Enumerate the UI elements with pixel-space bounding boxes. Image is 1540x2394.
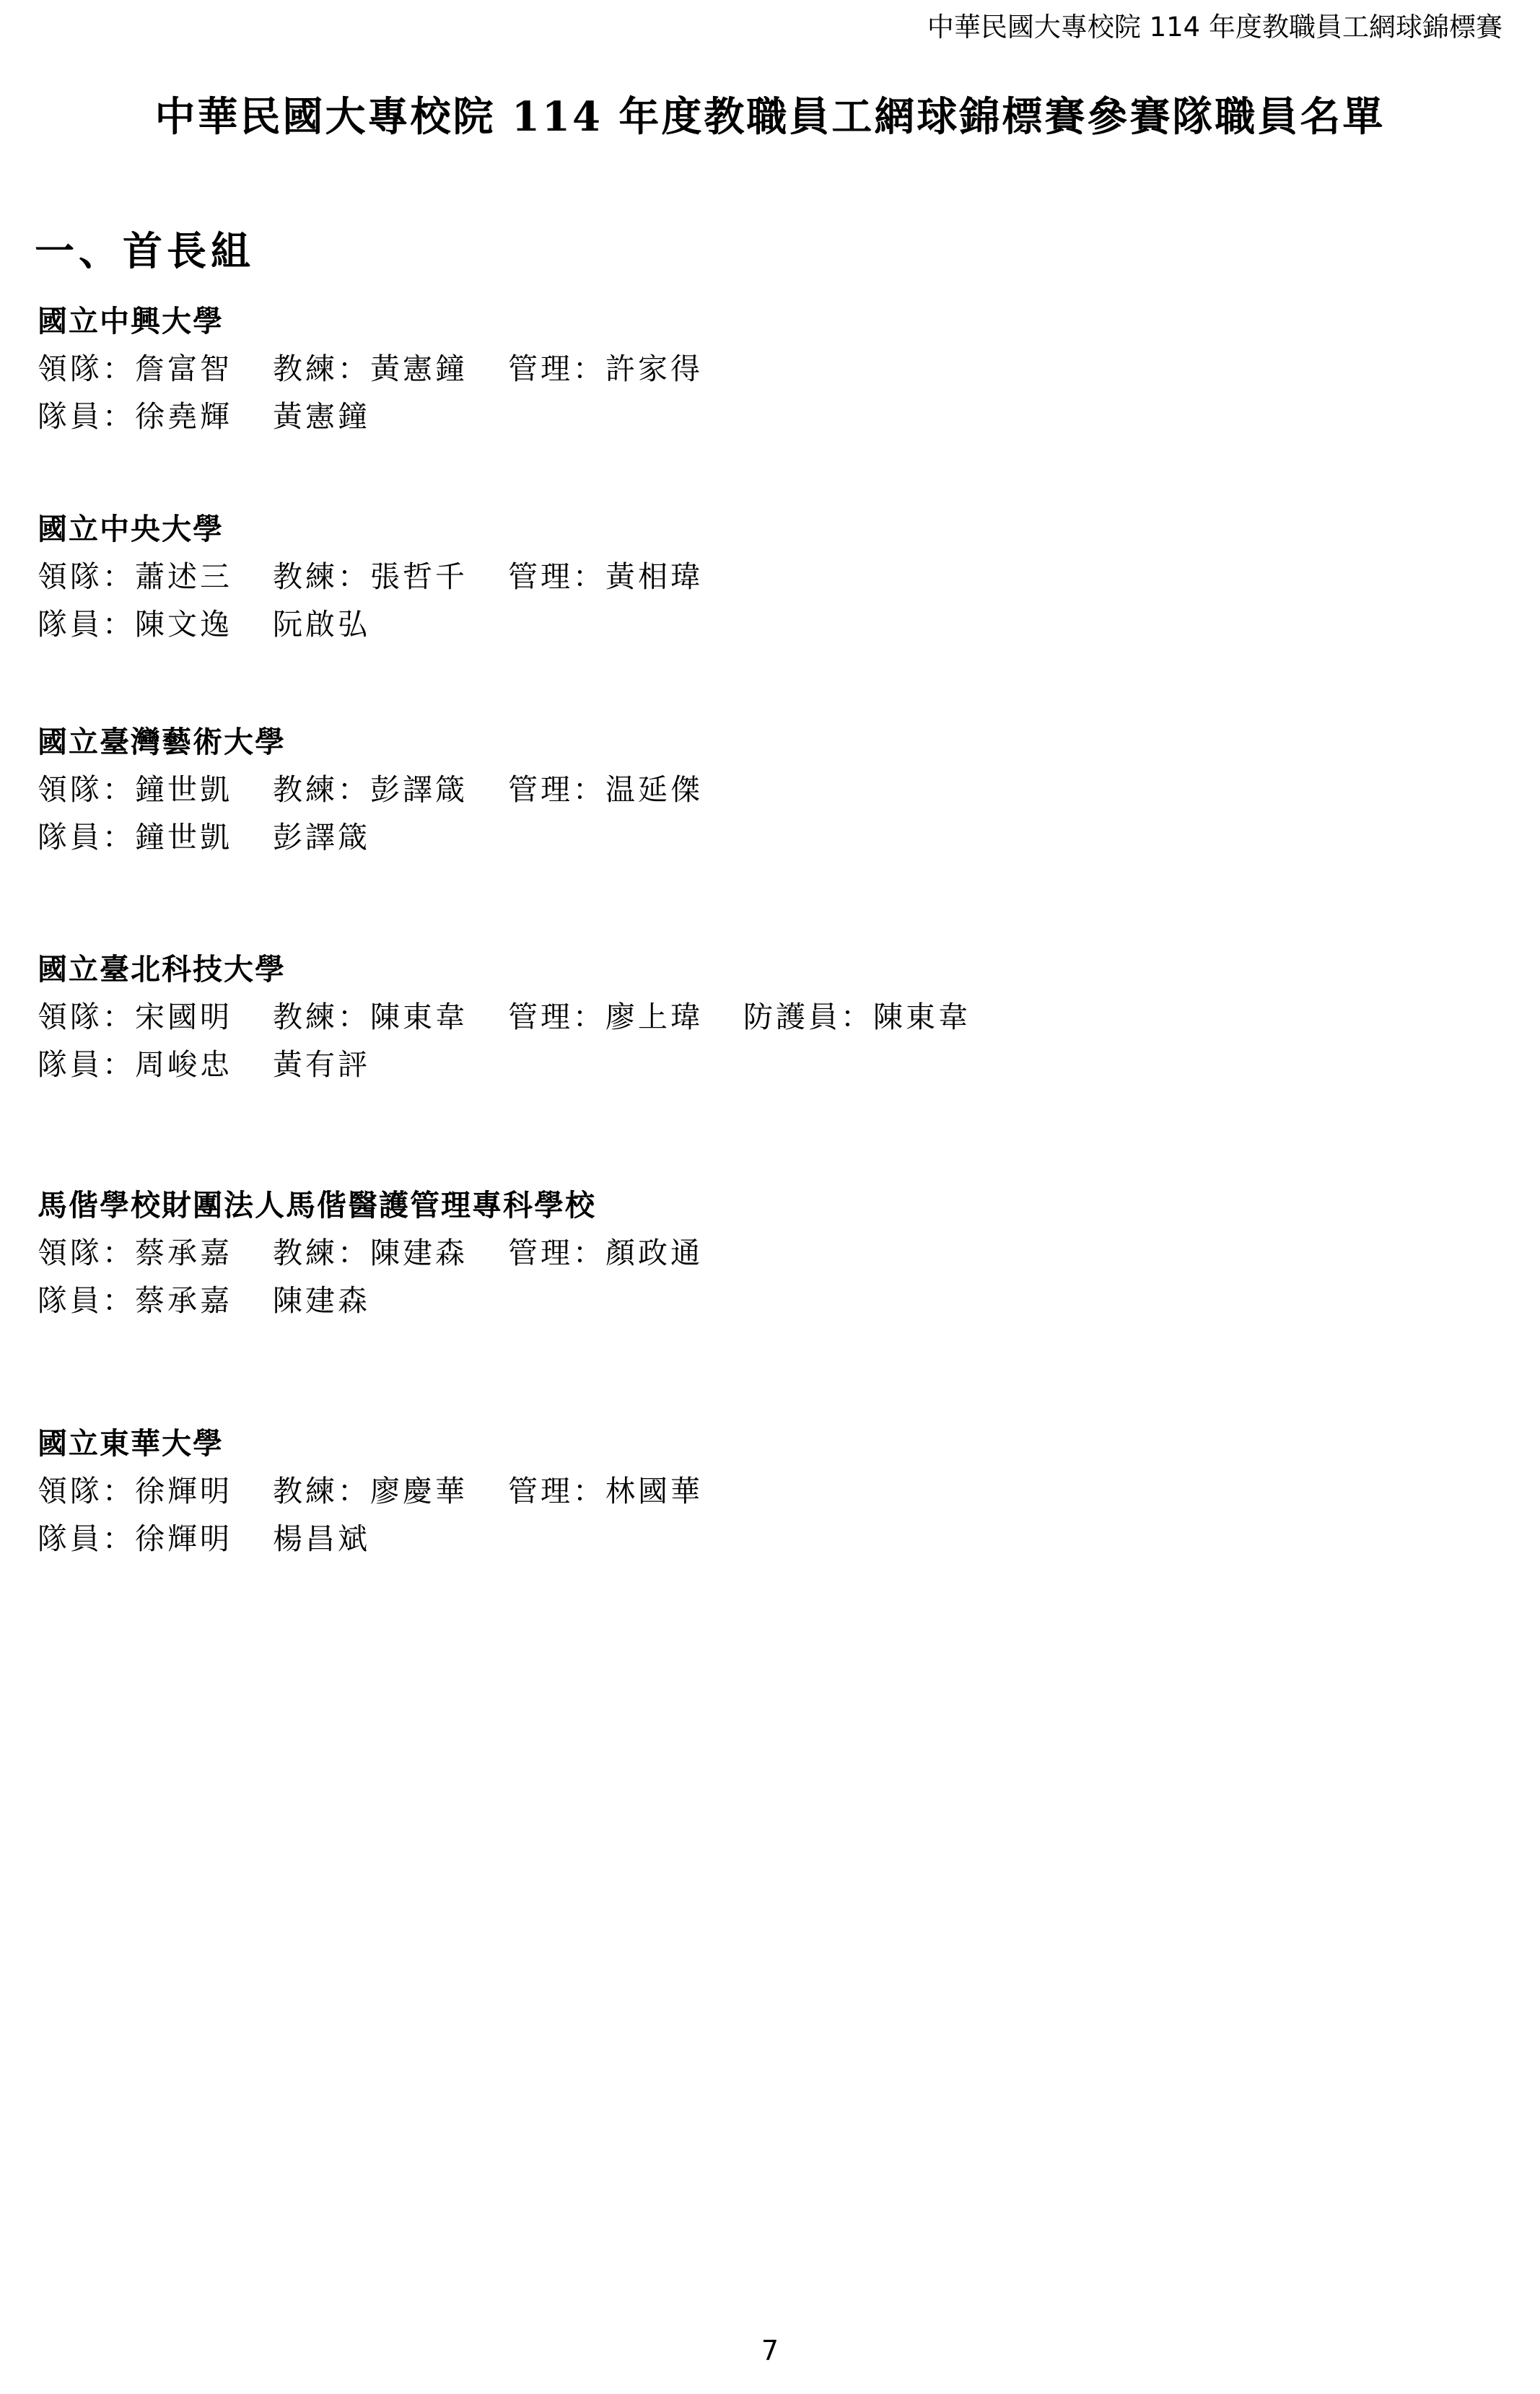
staff-line: 領隊鐘世凱 教練彭譯箴 管理温延傑 [38, 766, 703, 813]
members-label: 隊員 [38, 600, 135, 648]
members-label: 隊員 [38, 1515, 135, 1563]
members-line: 隊員徐輝明 楊昌斌 [38, 1515, 703, 1563]
leader-field: 領隊蕭述三 [38, 553, 232, 600]
coach-field: 教練陳建森 [273, 1229, 468, 1277]
staff-line: 領隊蔡承嘉 教練陳建森 管理顏政通 [38, 1229, 703, 1277]
manager-value: 温延傑 [605, 766, 703, 813]
manager-label: 管理 [508, 1467, 605, 1515]
coach-value: 廖慶華 [370, 1467, 468, 1515]
coach-value: 彭譯箴 [370, 766, 468, 813]
team-block: 國立中興大學 領隊詹富智 教練黃憲鐘 管理許家得 隊員徐堯輝 黃憲鐘 [38, 297, 703, 440]
member-name: 黃憲鐘 [273, 393, 370, 440]
member-name: 黃有評 [273, 1041, 370, 1088]
section-title-leaders-group: 一、首長組 [35, 224, 255, 279]
members-field: 隊員徐輝明 [38, 1515, 232, 1563]
members-field: 隊員周峻忠 [38, 1041, 232, 1088]
leader-value: 鐘世凱 [135, 766, 232, 813]
team-name: 國立臺灣藝術大學 [38, 718, 703, 766]
member-name: 陳文逸 [135, 600, 232, 648]
members-line: 隊員周峻忠 黃有評 [38, 1041, 971, 1088]
members-label: 隊員 [38, 393, 135, 440]
member-name: 蔡承嘉 [135, 1277, 232, 1324]
coach-label: 教練 [273, 766, 370, 813]
manager-label: 管理 [508, 766, 605, 813]
leader-label: 領隊 [38, 345, 135, 393]
member-name: 彭譯箴 [273, 813, 370, 861]
coach-field: 教練陳東韋 [273, 993, 468, 1041]
members-line: 隊員鐘世凱 彭譯箴 [38, 813, 703, 861]
leader-value: 徐輝明 [135, 1467, 232, 1515]
member-name: 鐘世凱 [135, 813, 232, 861]
staff-line: 領隊詹富智 教練黃憲鐘 管理許家得 [38, 345, 703, 393]
leader-field: 領隊詹富智 [38, 345, 232, 393]
leader-field: 領隊鐘世凱 [38, 766, 232, 813]
page-number: 7 [0, 2333, 1540, 2369]
document-title: 中華民國大專校院 114 年度教職員工網球錦標賽參賽隊職員名單 [0, 88, 1540, 146]
members-label: 隊員 [38, 813, 135, 861]
leader-field: 領隊蔡承嘉 [38, 1229, 232, 1277]
leader-value: 宋國明 [135, 993, 232, 1041]
staff-line: 領隊徐輝明 教練廖慶華 管理林國華 [38, 1467, 703, 1515]
team-name: 國立中興大學 [38, 297, 703, 345]
team-name: 國立中央大學 [38, 505, 703, 553]
team-block: 馬偕學校財團法人馬偕醫護管理專科學校 領隊蔡承嘉 教練陳建森 管理顏政通 隊員蔡… [38, 1181, 703, 1324]
team-name: 馬偕學校財團法人馬偕醫護管理專科學校 [38, 1181, 703, 1229]
team-block: 國立臺灣藝術大學 領隊鐘世凱 教練彭譯箴 管理温延傑 隊員鐘世凱 彭譯箴 [38, 718, 703, 861]
coach-label: 教練 [273, 1229, 370, 1277]
coach-field: 教練張哲千 [273, 553, 468, 600]
leader-label: 領隊 [38, 766, 135, 813]
members-label: 隊員 [38, 1277, 135, 1324]
manager-value: 顏政通 [605, 1229, 703, 1277]
leader-label: 領隊 [38, 553, 135, 600]
members-field: 隊員鐘世凱 [38, 813, 232, 861]
member-name: 徐輝明 [135, 1515, 232, 1563]
leader-label: 領隊 [38, 993, 135, 1041]
coach-label: 教練 [273, 1467, 370, 1515]
trainer-field: 防護員陳東韋 [743, 993, 971, 1041]
coach-value: 陳建森 [370, 1229, 468, 1277]
coach-label: 教練 [273, 553, 370, 600]
team-name: 國立東華大學 [38, 1420, 703, 1467]
team-block: 國立臺北科技大學 領隊宋國明 教練陳東韋 管理廖上瑋 防護員陳東韋 隊員周峻忠 … [38, 945, 971, 1088]
manager-field: 管理廖上瑋 [508, 993, 703, 1041]
members-label: 隊員 [38, 1041, 135, 1088]
members-line: 隊員徐堯輝 黃憲鐘 [38, 393, 703, 440]
manager-value: 黃相瑋 [605, 553, 703, 600]
leader-value: 詹富智 [135, 345, 232, 393]
leader-value: 蔡承嘉 [135, 1229, 232, 1277]
manager-label: 管理 [508, 345, 605, 393]
manager-field: 管理林國華 [508, 1467, 703, 1515]
manager-value: 許家得 [605, 345, 703, 393]
member-name: 徐堯輝 [135, 393, 232, 440]
member-name: 阮啟弘 [273, 600, 370, 648]
member-name: 陳建森 [273, 1277, 370, 1324]
staff-line: 領隊宋國明 教練陳東韋 管理廖上瑋 防護員陳東韋 [38, 993, 971, 1041]
coach-label: 教練 [273, 345, 370, 393]
leader-label: 領隊 [38, 1467, 135, 1515]
manager-field: 管理顏政通 [508, 1229, 703, 1277]
manager-field: 管理黃相瑋 [508, 553, 703, 600]
leader-value: 蕭述三 [135, 553, 232, 600]
manager-label: 管理 [508, 553, 605, 600]
coach-field: 教練黃憲鐘 [273, 345, 468, 393]
manager-label: 管理 [508, 1229, 605, 1277]
manager-field: 管理許家得 [508, 345, 703, 393]
coach-field: 教練廖慶華 [273, 1467, 468, 1515]
staff-line: 領隊蕭述三 教練張哲千 管理黃相瑋 [38, 553, 703, 600]
leader-field: 領隊宋國明 [38, 993, 232, 1041]
members-field: 隊員徐堯輝 [38, 393, 232, 440]
members-field: 隊員蔡承嘉 [38, 1277, 232, 1324]
members-line: 隊員蔡承嘉 陳建森 [38, 1277, 703, 1324]
coach-label: 教練 [273, 993, 370, 1041]
leader-field: 領隊徐輝明 [38, 1467, 232, 1515]
trainer-value: 陳東韋 [873, 993, 971, 1041]
member-name: 楊昌斌 [273, 1515, 370, 1563]
team-block: 國立中央大學 領隊蕭述三 教練張哲千 管理黃相瑋 隊員陳文逸 阮啟弘 [38, 505, 703, 648]
coach-value: 張哲千 [370, 553, 468, 600]
manager-value: 廖上瑋 [605, 993, 703, 1041]
coach-field: 教練彭譯箴 [273, 766, 468, 813]
running-header: 中華民國大專校院 114 年度教職員工網球錦標賽 [927, 10, 1502, 45]
coach-value: 黃憲鐘 [370, 345, 468, 393]
coach-value: 陳東韋 [370, 993, 468, 1041]
team-block: 國立東華大學 領隊徐輝明 教練廖慶華 管理林國華 隊員徐輝明 楊昌斌 [38, 1420, 703, 1563]
leader-label: 領隊 [38, 1229, 135, 1277]
trainer-label: 防護員 [743, 993, 873, 1041]
manager-value: 林國華 [605, 1467, 703, 1515]
members-line: 隊員陳文逸 阮啟弘 [38, 600, 703, 648]
member-name: 周峻忠 [135, 1041, 232, 1088]
members-field: 隊員陳文逸 [38, 600, 232, 648]
manager-field: 管理温延傑 [508, 766, 703, 813]
team-name: 國立臺北科技大學 [38, 945, 971, 993]
manager-label: 管理 [508, 993, 605, 1041]
